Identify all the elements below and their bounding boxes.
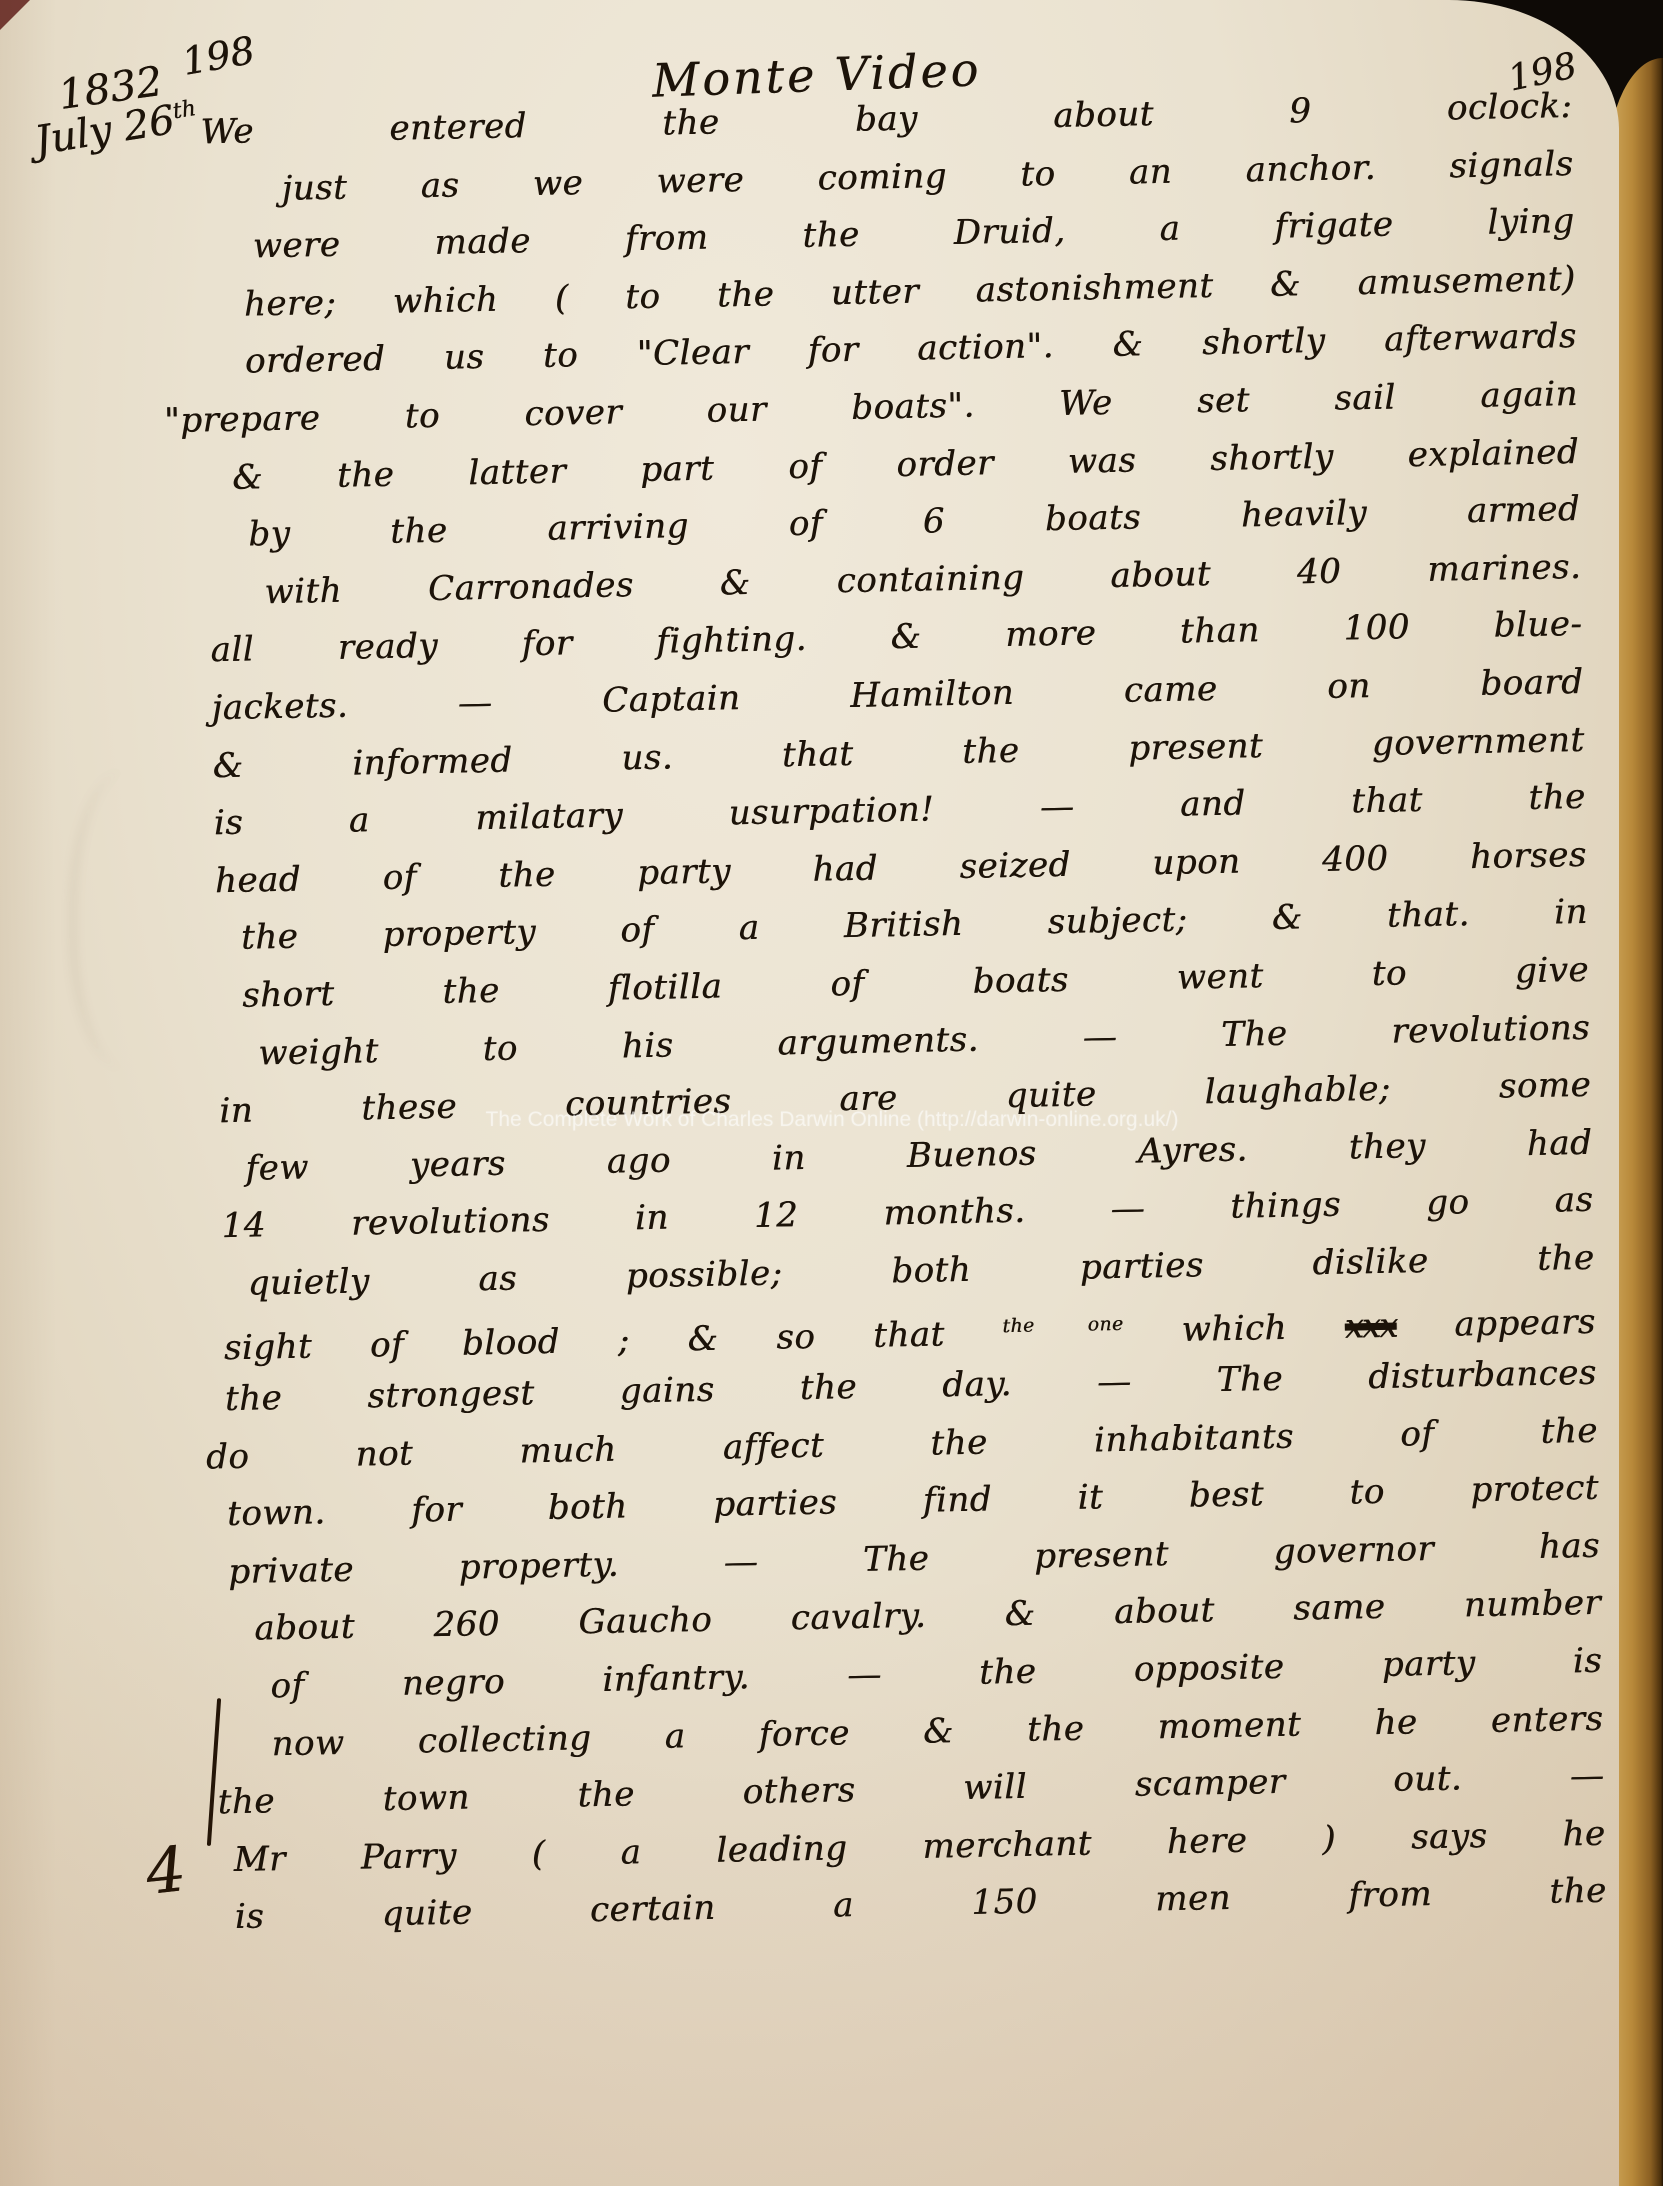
deleted-word: xxx	[1344, 1306, 1396, 1347]
margin-number-mark: 4	[142, 1832, 189, 1909]
line-segment: which	[1181, 1308, 1287, 1350]
photo-corner-shadow	[0, 0, 30, 30]
page-number-left: 198	[179, 28, 258, 84]
line-segment: appears	[1454, 1302, 1596, 1345]
entry-body: We entered the bay about 9 oclock: just …	[200, 78, 1607, 1947]
entry-date-label: July 26	[31, 97, 177, 164]
interlinear-insertion: the one	[1002, 1314, 1123, 1337]
entry-date-superscript: th	[171, 96, 198, 124]
manuscript-photo: 1832 198 Monte Video 198 July 26th We en…	[0, 0, 1663, 2186]
ink-showthrough	[70, 770, 196, 1070]
diary-page: 1832 198 Monte Video 198 July 26th We en…	[0, 0, 1619, 2186]
repository-watermark: The Complete Work of Charles Darwin Onli…	[462, 1108, 1202, 1132]
